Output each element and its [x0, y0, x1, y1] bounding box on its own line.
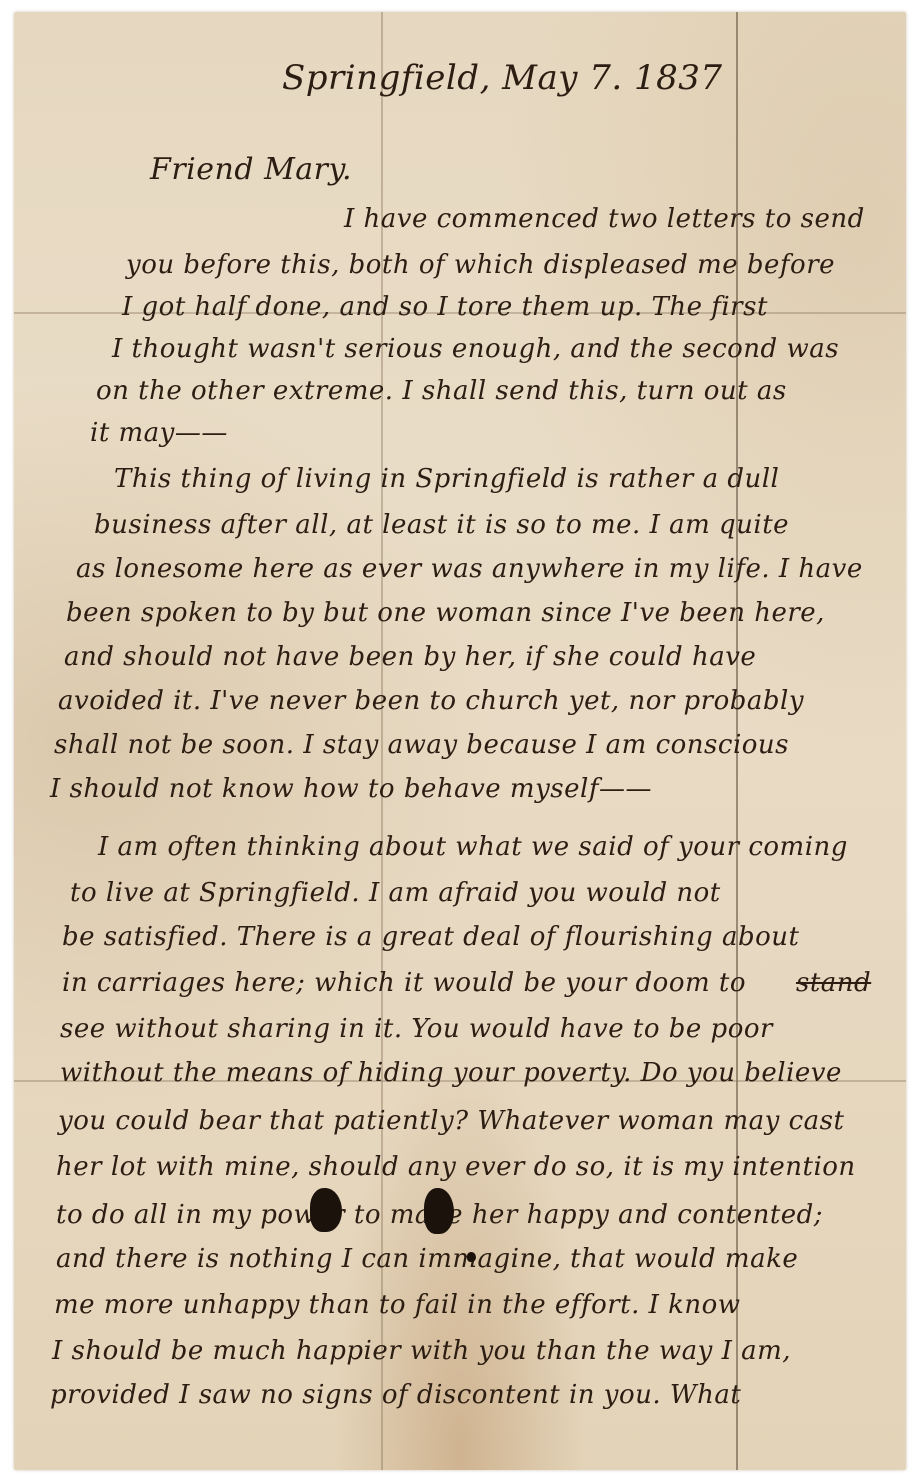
- letter-line: as lonesome here as ever was anywhere in…: [76, 554, 863, 584]
- letter-line: it may——: [90, 418, 228, 448]
- letter-line: I got half done, and so I tore them up. …: [122, 292, 768, 322]
- ink-blot: [424, 1188, 454, 1234]
- letter-line: I am often thinking about what we said o…: [98, 832, 848, 862]
- letter-line: on the other extreme. I shall send this,…: [96, 376, 787, 406]
- letter-salutation: Friend Mary.: [150, 152, 352, 187]
- letter-line: and should not have been by her, if she …: [64, 642, 756, 672]
- ink-blot: [310, 1188, 342, 1232]
- struck-word: stand: [796, 968, 871, 998]
- letter-line: be satisfied. There is a great deal of f…: [62, 922, 799, 952]
- letter-line: without the means of hiding your poverty…: [60, 1058, 842, 1088]
- ink-blot: [467, 1252, 476, 1262]
- letter-line: This thing of living in Springfield is r…: [114, 464, 779, 494]
- letter-line: her lot with mine, should any ever do so…: [56, 1152, 856, 1182]
- letter-line: been spoken to by but one woman since I'…: [66, 598, 825, 628]
- letter-line: avoided it. I've never been to church ye…: [58, 686, 804, 716]
- letter-line: see without sharing in it. You would hav…: [60, 1014, 773, 1044]
- letter-line: to live at Springfield. I am afraid you …: [70, 878, 721, 908]
- letter-line: I should be much happier with you than t…: [52, 1336, 791, 1366]
- letter-line: in carriages here; which it would be you…: [62, 968, 746, 998]
- letter-line: business after all, at least it is so to…: [94, 510, 789, 540]
- letter-line: I should not know how to behave myself——: [50, 774, 652, 804]
- letter-line: and there is nothing I can immagine, tha…: [56, 1244, 798, 1274]
- letter-line: you could bear that patiently? Whatever …: [58, 1106, 844, 1136]
- letter-line: I have commenced two letters to send: [344, 204, 865, 234]
- letter-page: Springfield, May 7. 1837 Friend Mary. I …: [14, 12, 906, 1470]
- letter-line: shall not be soon. I stay away because I…: [54, 730, 789, 760]
- letter-line: provided I saw no signs of discontent in…: [50, 1380, 741, 1410]
- letter-heading: Springfield, May 7. 1837: [282, 58, 723, 98]
- letter-line: me more unhappy than to fail in the effo…: [54, 1290, 741, 1320]
- letter-line: I thought wasn't serious enough, and the…: [112, 334, 839, 364]
- letter-line: you before this, both of which displease…: [126, 250, 835, 280]
